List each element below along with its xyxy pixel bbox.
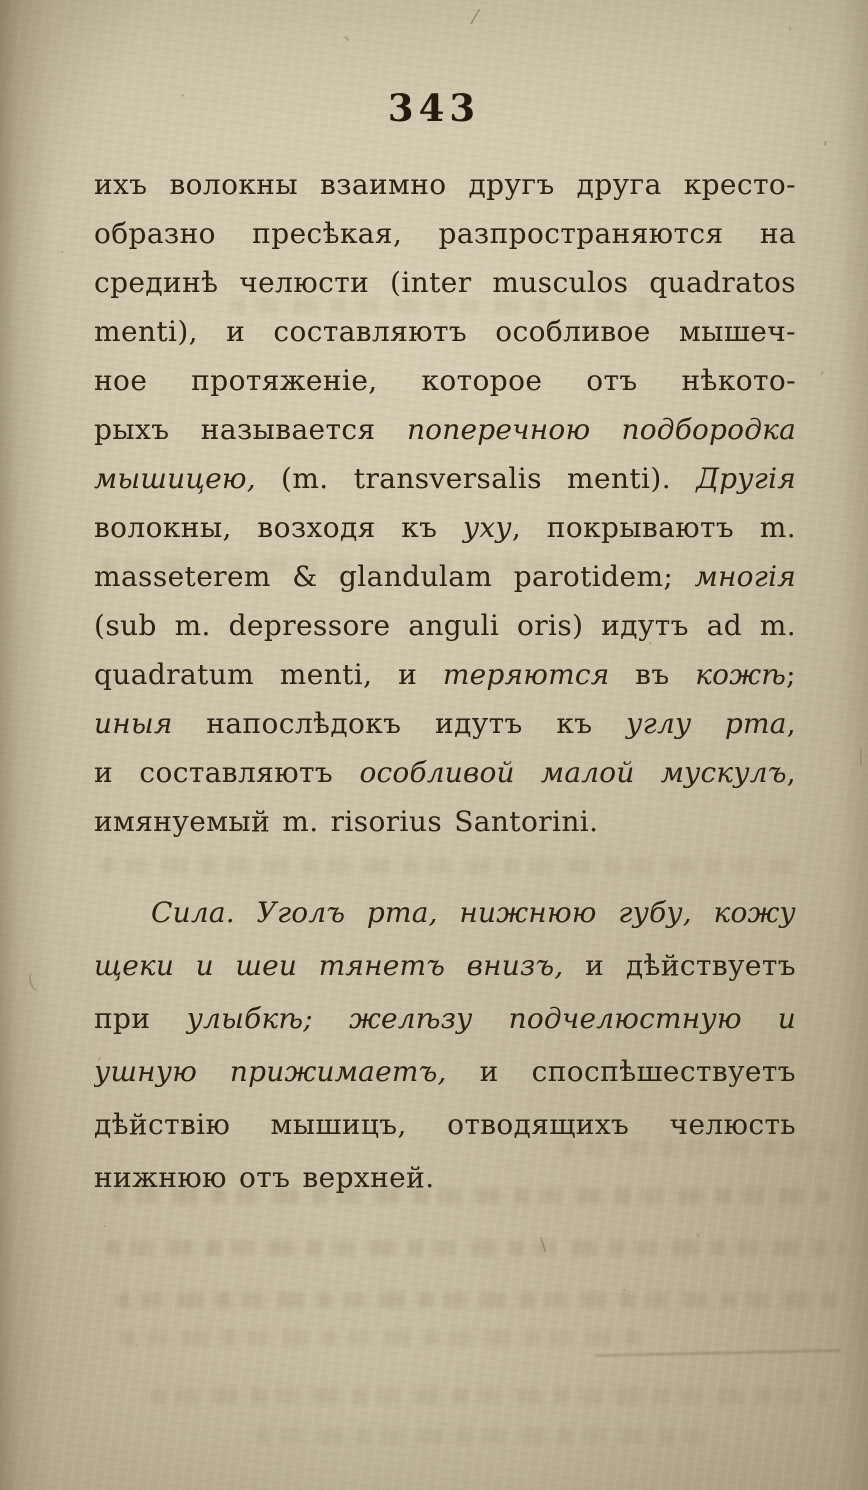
ink-speck: · — [443, 1418, 447, 1430]
ink-speck: ` — [695, 1234, 703, 1250]
ink-speck: ' — [788, 26, 792, 41]
bleed-through-line — [150, 1388, 830, 1404]
text-run: (sub m. depressore anguli oris) идутъ ad… — [94, 609, 796, 642]
text-run: (m. transversalis menti). — [256, 462, 696, 495]
text-run-italic: уху — [463, 511, 512, 544]
text-run: дѣйствію мышицъ, отводящихъ челюсть — [94, 1108, 796, 1141]
text-run: masseterem & glandulam parotidem; — [94, 560, 695, 593]
text-run-italic: углу рта — [626, 707, 787, 740]
text-run: , — [787, 707, 796, 740]
text-run-italic: поперечною подбородка — [407, 413, 796, 446]
text-run: , — [787, 756, 796, 789]
text-line: нижнюю отъ верхней. — [94, 1151, 796, 1204]
text-run: при — [94, 1002, 187, 1035]
text-line: quadratum menti, и теряются въ кожѣ; — [94, 650, 796, 699]
text-line: menti), и составляютъ особливое мышеч- — [94, 307, 796, 356]
text-run-italic: Другія — [696, 462, 796, 495]
ink-speck: ( — [25, 971, 40, 995]
paragraph: ихъ волокны взаимно другъ друга кресто-о… — [94, 160, 796, 846]
text-run-italic: щеки и шеи тянетъ внизъ, — [94, 949, 563, 982]
text-run-italic: теряются — [443, 658, 610, 691]
ink-speck: \ — [540, 1236, 546, 1254]
text-run: волокны, возходя къ — [94, 511, 463, 544]
text-run: quadratum menti, и — [94, 658, 443, 691]
text-line: рыхъ называется поперечною подбородка — [94, 405, 796, 454]
text-line: мышицею, (m. transversalis menti). Другі… — [94, 454, 796, 503]
page-number: 343 — [0, 86, 868, 130]
text-run-italic: улыбкѣ; желѣзу подчелюстную и около- — [94, 1002, 796, 1045]
text-line: образно пресѣкая, разпространяются на — [94, 209, 796, 258]
text-run: образно пресѣкая, разпространяются на — [94, 217, 796, 250]
text-line: (sub m. depressore anguli oris) идутъ ad… — [94, 601, 796, 650]
text-run-italic: иныя — [94, 707, 173, 740]
text-run-italic: кожѣ — [695, 658, 786, 691]
text-run: напослѣдокъ идутъ къ — [173, 707, 627, 740]
book-page: 343 ихъ волокны взаимно другъ друга крес… — [0, 0, 868, 1490]
text-run: и дѣйствуетъ — [563, 949, 796, 982]
text-run-italic: мышицею, — [94, 462, 256, 495]
ink-speck: ` — [342, 36, 354, 60]
bleed-through-rule — [595, 1349, 840, 1356]
bleed-through-line — [115, 1292, 845, 1308]
text-line: срединѣ челюсти (inter musculos quadrato… — [94, 258, 796, 307]
text-run: ное протяженіе, которое отъ нѣкото- — [94, 364, 796, 397]
text-run-italic: Сила. Уголъ рта, нижнюю губу, кожу — [151, 896, 796, 929]
text-run: срединѣ челюсти (inter musculos quadrato… — [94, 266, 796, 299]
text-run: и составляютъ — [94, 756, 359, 789]
text-run-italic: особливой малой мускулъ — [359, 756, 786, 789]
text-run: , покрываютъ m. — [512, 511, 796, 544]
text-line: ушную прижимаетъ, и споспѣшествуетъ — [94, 1045, 796, 1098]
bleed-through-line — [105, 1240, 845, 1256]
text-run: имянуемый m. risorius Santorini. — [94, 805, 598, 838]
text-line: иныя напослѣдокъ идутъ къ углу рта, — [94, 699, 796, 748]
text-run: ; — [786, 658, 796, 691]
text-line: волокны, возходя къ уху, покрываютъ m. — [94, 503, 796, 552]
text-run: въ — [609, 658, 695, 691]
text-line: щеки и шеи тянетъ внизъ, и дѣйствуетъ — [94, 939, 796, 992]
ink-speck: · — [103, 1220, 107, 1234]
ink-speck: / — [470, 6, 481, 27]
bleed-through-line — [120, 1330, 640, 1346]
ink-speck: · — [135, 1340, 139, 1352]
text-block: ихъ волокны взаимно другъ друга кресто-о… — [94, 160, 796, 1204]
text-run: menti), и составляютъ особливое мышеч- — [94, 315, 796, 348]
text-line: при улыбкѣ; желѣзу подчелюстную и около- — [94, 992, 796, 1045]
ink-speck: | — [858, 748, 864, 766]
text-line: и составляютъ особливой малой мускулъ, — [94, 748, 796, 797]
text-line: дѣйствію мышицъ, отводящихъ челюсть — [94, 1098, 796, 1151]
text-line: masseterem & glandulam parotidem; многія — [94, 552, 796, 601]
text-run-italic: многія — [695, 560, 796, 593]
text-run: и споспѣшествуетъ — [447, 1055, 796, 1088]
paragraph: Сила. Уголъ рта, нижнюю губу, кожущеки и… — [94, 886, 796, 1204]
ink-speck: · — [60, 246, 64, 260]
bleed-through-line — [255, 1428, 705, 1444]
text-run: рыхъ называется — [94, 413, 407, 446]
ink-speck: ' — [821, 140, 828, 159]
text-line: имянуемый m. risorius Santorini. — [94, 797, 796, 846]
text-run: нижнюю отъ верхней. — [94, 1161, 435, 1194]
text-run: ихъ волокны взаимно другъ друга кресто- — [94, 168, 796, 201]
text-line: ное протяженіе, которое отъ нѣкото- — [94, 356, 796, 405]
text-line: Сила. Уголъ рта, нижнюю губу, кожу — [94, 886, 796, 939]
ink-speck: · — [622, 1284, 626, 1298]
text-line: ихъ волокны взаимно другъ друга кресто- — [94, 160, 796, 209]
ink-speck: , — [820, 360, 825, 376]
text-run-italic: ушную прижимаетъ, — [94, 1055, 447, 1088]
